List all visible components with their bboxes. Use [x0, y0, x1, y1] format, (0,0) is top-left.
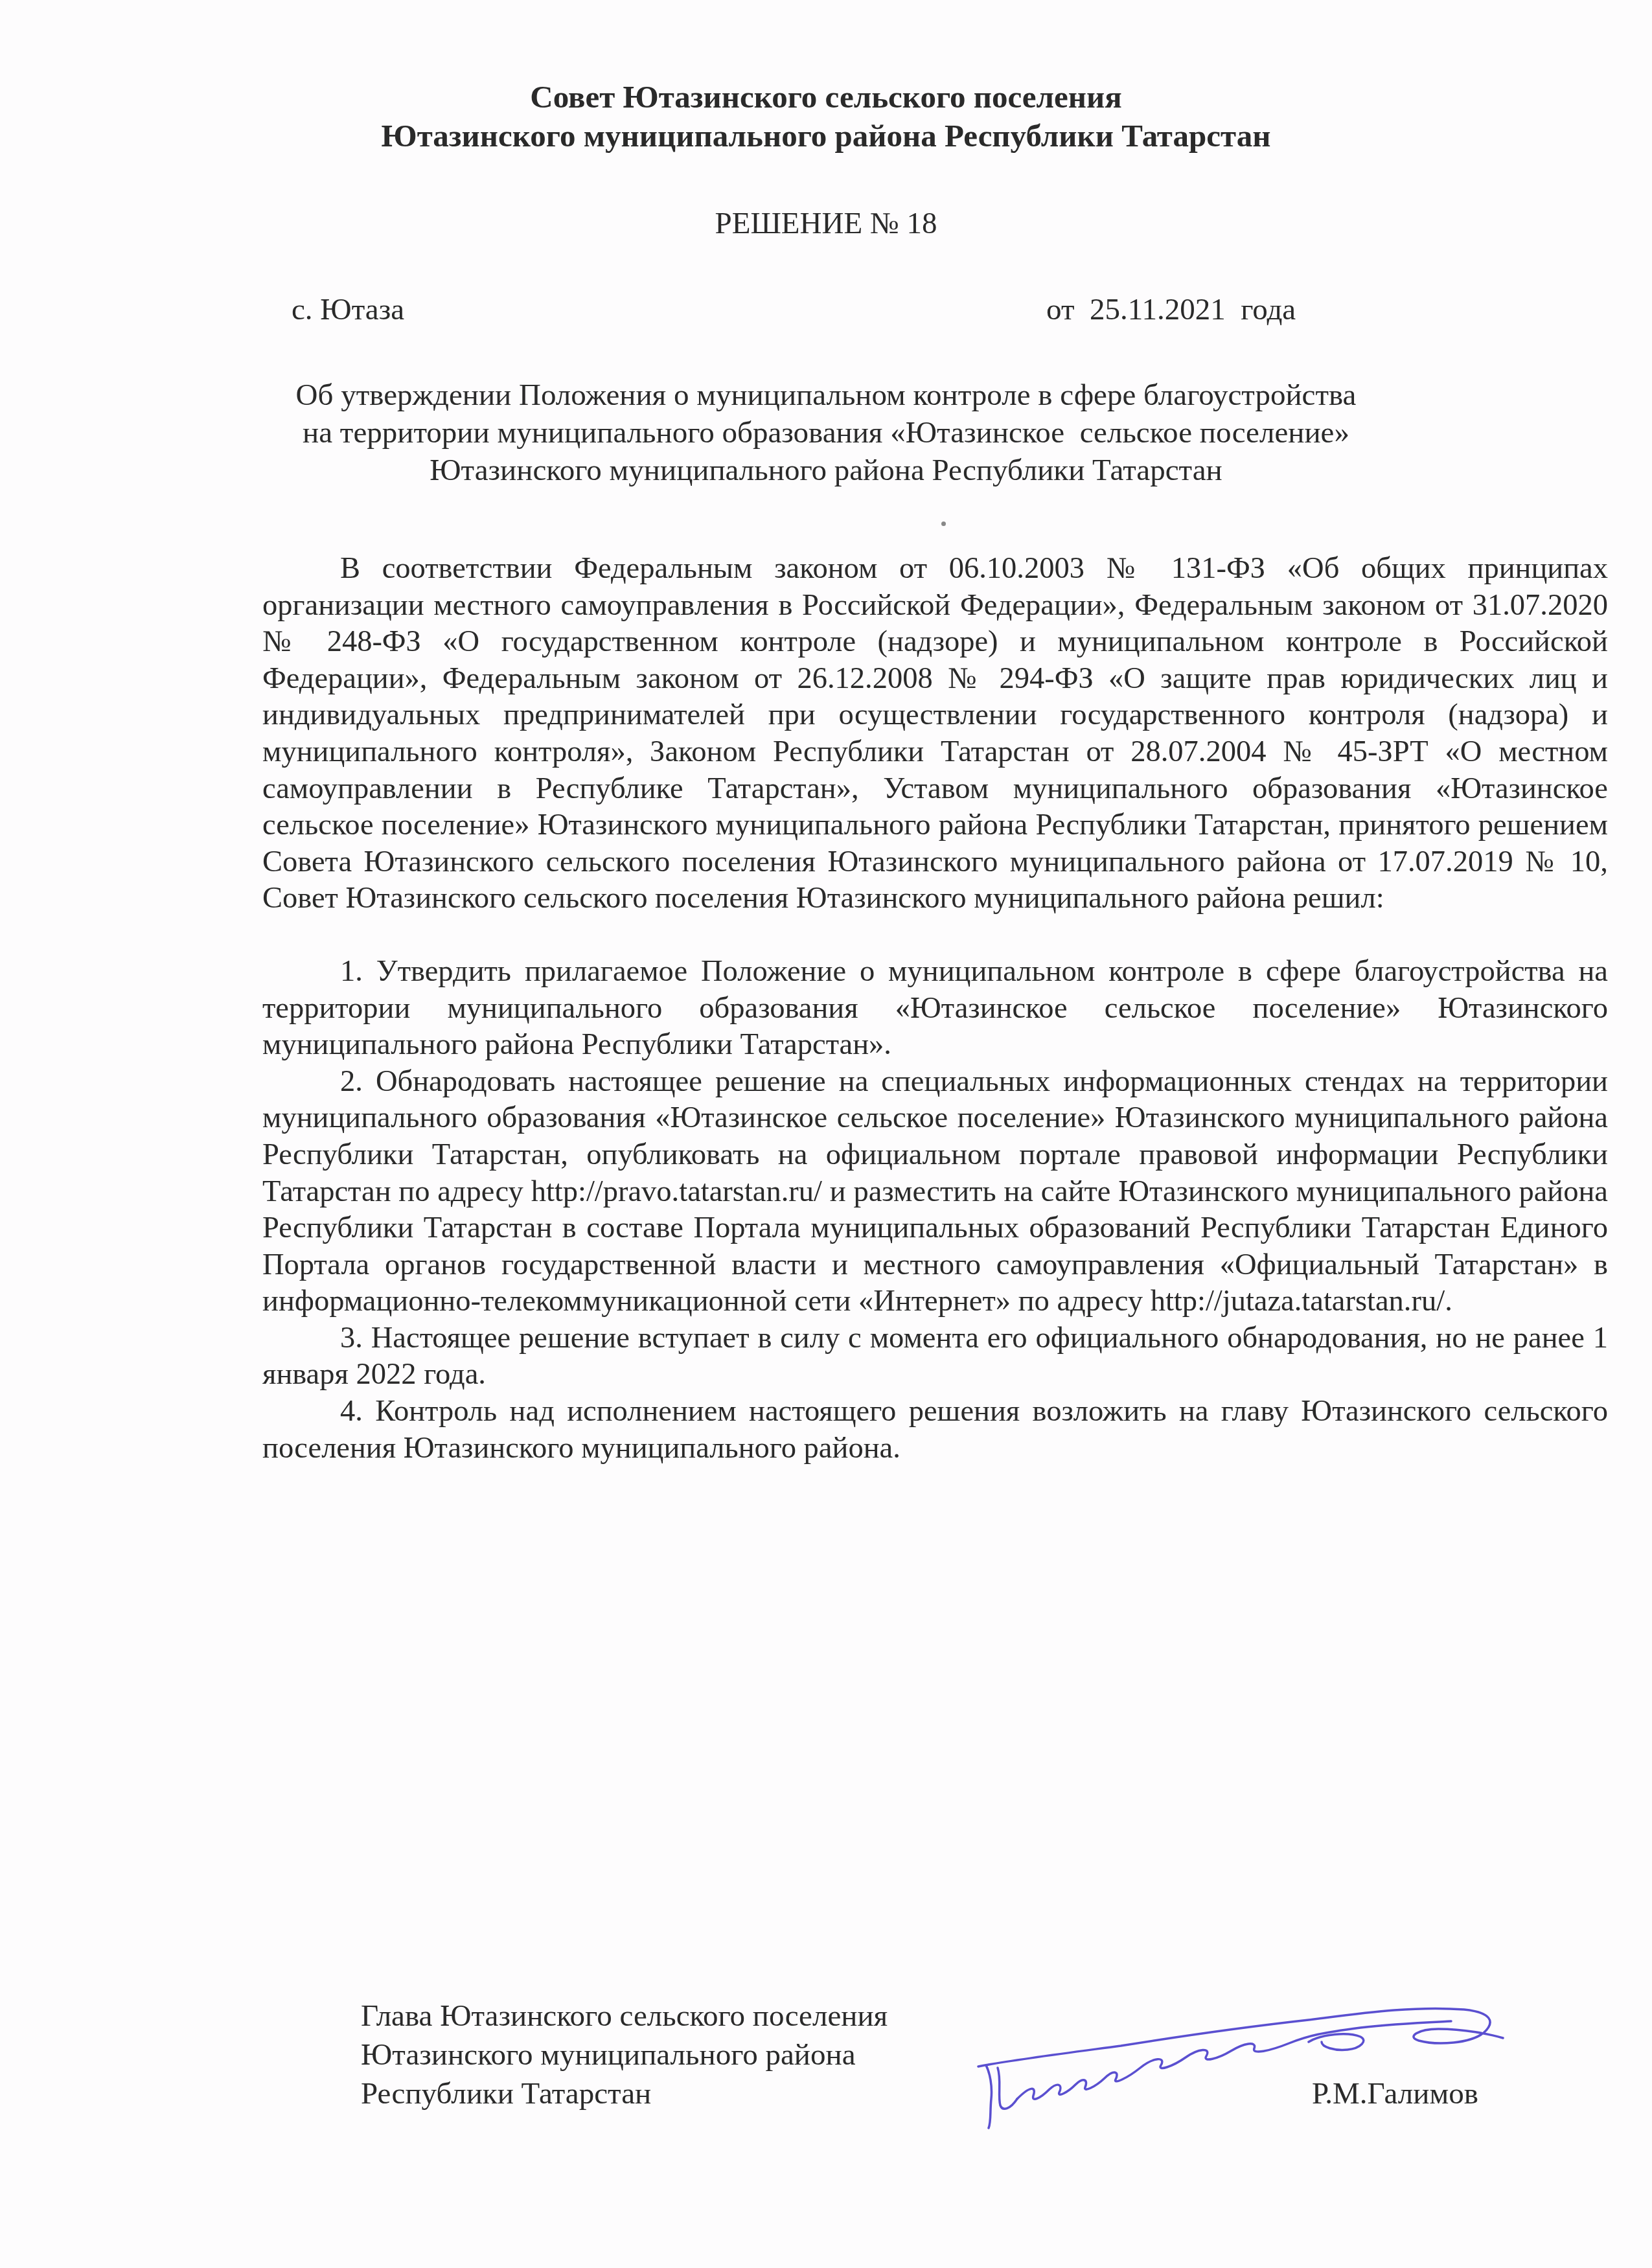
- item-1: 1. Утвердить прилагаемое Положение о мун…: [262, 954, 1608, 1064]
- item-4-number: 4.: [340, 1395, 363, 1428]
- item-2-number: 2.: [340, 1065, 363, 1098]
- title-line1: Об утверждении Положения о муниципальном…: [0, 376, 1652, 414]
- signatory-title-line2: Ютазинского муниципального района: [361, 2035, 856, 2074]
- signatory-title-line1: Глава Ютазинского сельского поселения: [361, 1997, 888, 2035]
- item-3-number: 3.: [340, 1322, 363, 1355]
- scan-artifact: [941, 521, 946, 526]
- title-line3: Ютазинского муниципального района Респуб…: [0, 452, 1652, 489]
- place-of-issue: с. Ютаза: [292, 290, 404, 329]
- council-name-line1: Совет Ютазинского сельского поселения: [0, 78, 1652, 117]
- preamble-paragraph: В соответствии Федеральным законом от 06…: [262, 551, 1608, 917]
- item-3-text: Настоящее решение вступает в силу с моме…: [262, 1322, 1608, 1392]
- signatory-title-line3: Республики Татарстан: [361, 2074, 651, 2113]
- item-2: 2. Обнародовать настоящее решение на спе…: [262, 1064, 1608, 1320]
- handwritten-signature-icon: [972, 1995, 1555, 2131]
- title-line2: на территории муниципального образования…: [0, 414, 1652, 452]
- item-4: 4. Контроль над исполнением настоящего р…: [262, 1393, 1608, 1467]
- decision-number: РЕШЕНИЕ № 18: [0, 204, 1652, 243]
- paragraph-spacer: [262, 917, 1608, 954]
- document-page: Совет Ютазинского сельского поселения Ют…: [0, 0, 1652, 2268]
- document-body: В соответствии Федеральным законом от 06…: [262, 551, 1608, 1467]
- council-name-line2: Ютазинского муниципального района Респуб…: [0, 117, 1652, 155]
- item-1-number: 1.: [340, 955, 363, 988]
- decision-date: от 25.11.2021 года: [1046, 290, 1296, 329]
- item-4-text: Контроль над исполнением настоящего реше…: [262, 1395, 1608, 1465]
- item-2-text: Обнародовать настоящее решение на специа…: [262, 1065, 1608, 1318]
- item-3: 3. Настоящее решение вступает в силу с м…: [262, 1320, 1608, 1393]
- item-1-text: Утвердить прилагаемое Положение о муници…: [262, 955, 1608, 1061]
